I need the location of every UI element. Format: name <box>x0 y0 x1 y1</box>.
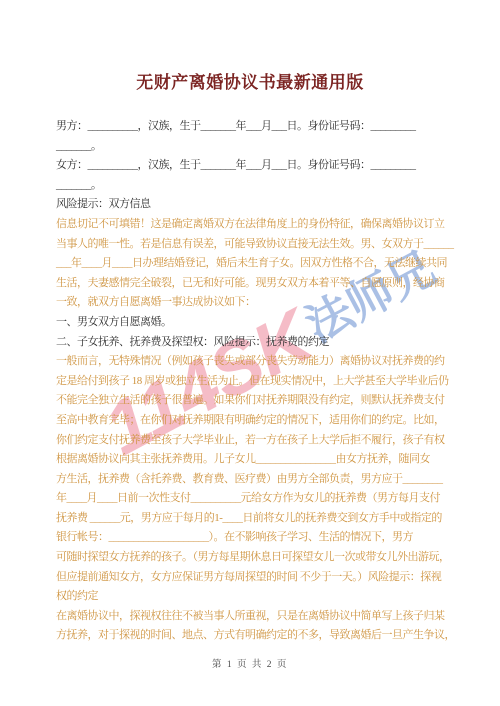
text-line: 风险提示：双方信息 <box>56 195 456 215</box>
text-line: 生活，夫妻感情完全破裂，已无和好可能。现男女双方本着平等、自愿原则，经协商 <box>56 274 456 294</box>
text-line: 银行帐号：____________________）。在不影响孩子学习、生活的情… <box>56 528 456 548</box>
document-page: 114SK 法师兄 无财产离婚协议书最新通用版 男方：__________，汉族… <box>0 0 500 706</box>
text-line: 但应提前通知女方，女方应保证男方每周探望的时间 不少于一天。）风险提示：探视 <box>56 568 456 588</box>
document-body: 男方：__________，汉族，生于_______年___月___日。身份证号… <box>56 117 456 646</box>
text-line: 男方：__________，汉族，生于_______年___月___日。身份证号… <box>56 117 456 137</box>
page-number-footer: 第 1 页 共 2 页 <box>0 656 500 670</box>
text-line: 一般而言，无特殊情况（例如孩子丧失或部分丧失劳动能力）离婚协议对抚养费的约 <box>56 352 456 372</box>
text-line: ___年____月____日办理结婚登记，婚后未生育子女。因双方性格不合，无法继… <box>56 254 456 274</box>
text-line: 权的约定 <box>56 587 456 607</box>
text-line: 抚养费 ______元，男方应于每月的1-____日前将女儿的抚养费交到女方手中… <box>56 509 456 529</box>
text-line: 二、子女抚养、抚养费及探望权：风险提示：抚养费的约定 <box>56 333 456 353</box>
text-line: 在离婚协议中，探视权往往不被当事人所重视，只是在离婚协议中简单写上孩子归某 <box>56 607 456 627</box>
text-line: 定是给付到孩子 18 周岁或独立生活为止。但在现实情况中，上大学甚至大学毕业后仍 <box>56 372 456 392</box>
text-line: 女方：__________，汉族，生于_______年___月___日。身份证号… <box>56 156 456 176</box>
text-line: 一、男女双方自愿离婚。 <box>56 313 456 333</box>
text-line: 不能完全独立生活的孩子很普遍。如果你们对抚养期限没有约定，则默认抚养费支付 <box>56 391 456 411</box>
text-line: _______。 <box>56 176 456 196</box>
text-line: 信息切记不可填错！这是确定离婚双方在法律角度上的身份特征，确保离婚协议订立 <box>56 215 456 235</box>
text-line: 至高中教育完毕；在你们对抚养期限有明确约定的情况下，适用你们的约定。比如， <box>56 411 456 431</box>
text-line: 可随时探望女方抚养的孩子。（男方每星期休息日可探望女儿一次或带女儿外出游玩， <box>56 548 456 568</box>
text-line: 年____月____日前一次性支付__________元给女方作为女儿的抚养费（… <box>56 489 456 509</box>
text-line: 根据离婚协议向其主张抚养费用。儿子女儿________________由女方抚养… <box>56 450 456 470</box>
document-title: 无财产离婚协议书最新通用版 <box>0 68 500 93</box>
text-line: _______。 <box>56 137 456 157</box>
text-line: 当事人的唯一性。若是信息有误差，可能导致协议直接无法生效。男、女双方于_____… <box>56 235 456 255</box>
text-line: 方抚养，对于探视的时间、地点、方式有明确约定的不多，导致离婚后一旦产生争议， <box>56 626 456 646</box>
text-line: 你们约定支付抚养费至孩子大学毕业止，若一方在孩子上大学后拒不履行，孩子有权 <box>56 431 456 451</box>
text-line: 方生活，抚养费（含托养费、教育费、医疗费）由男方全部负责，男方应于_______… <box>56 470 456 490</box>
text-line: 一致，就双方自愿离婚一事达成协议如下： <box>56 293 456 313</box>
